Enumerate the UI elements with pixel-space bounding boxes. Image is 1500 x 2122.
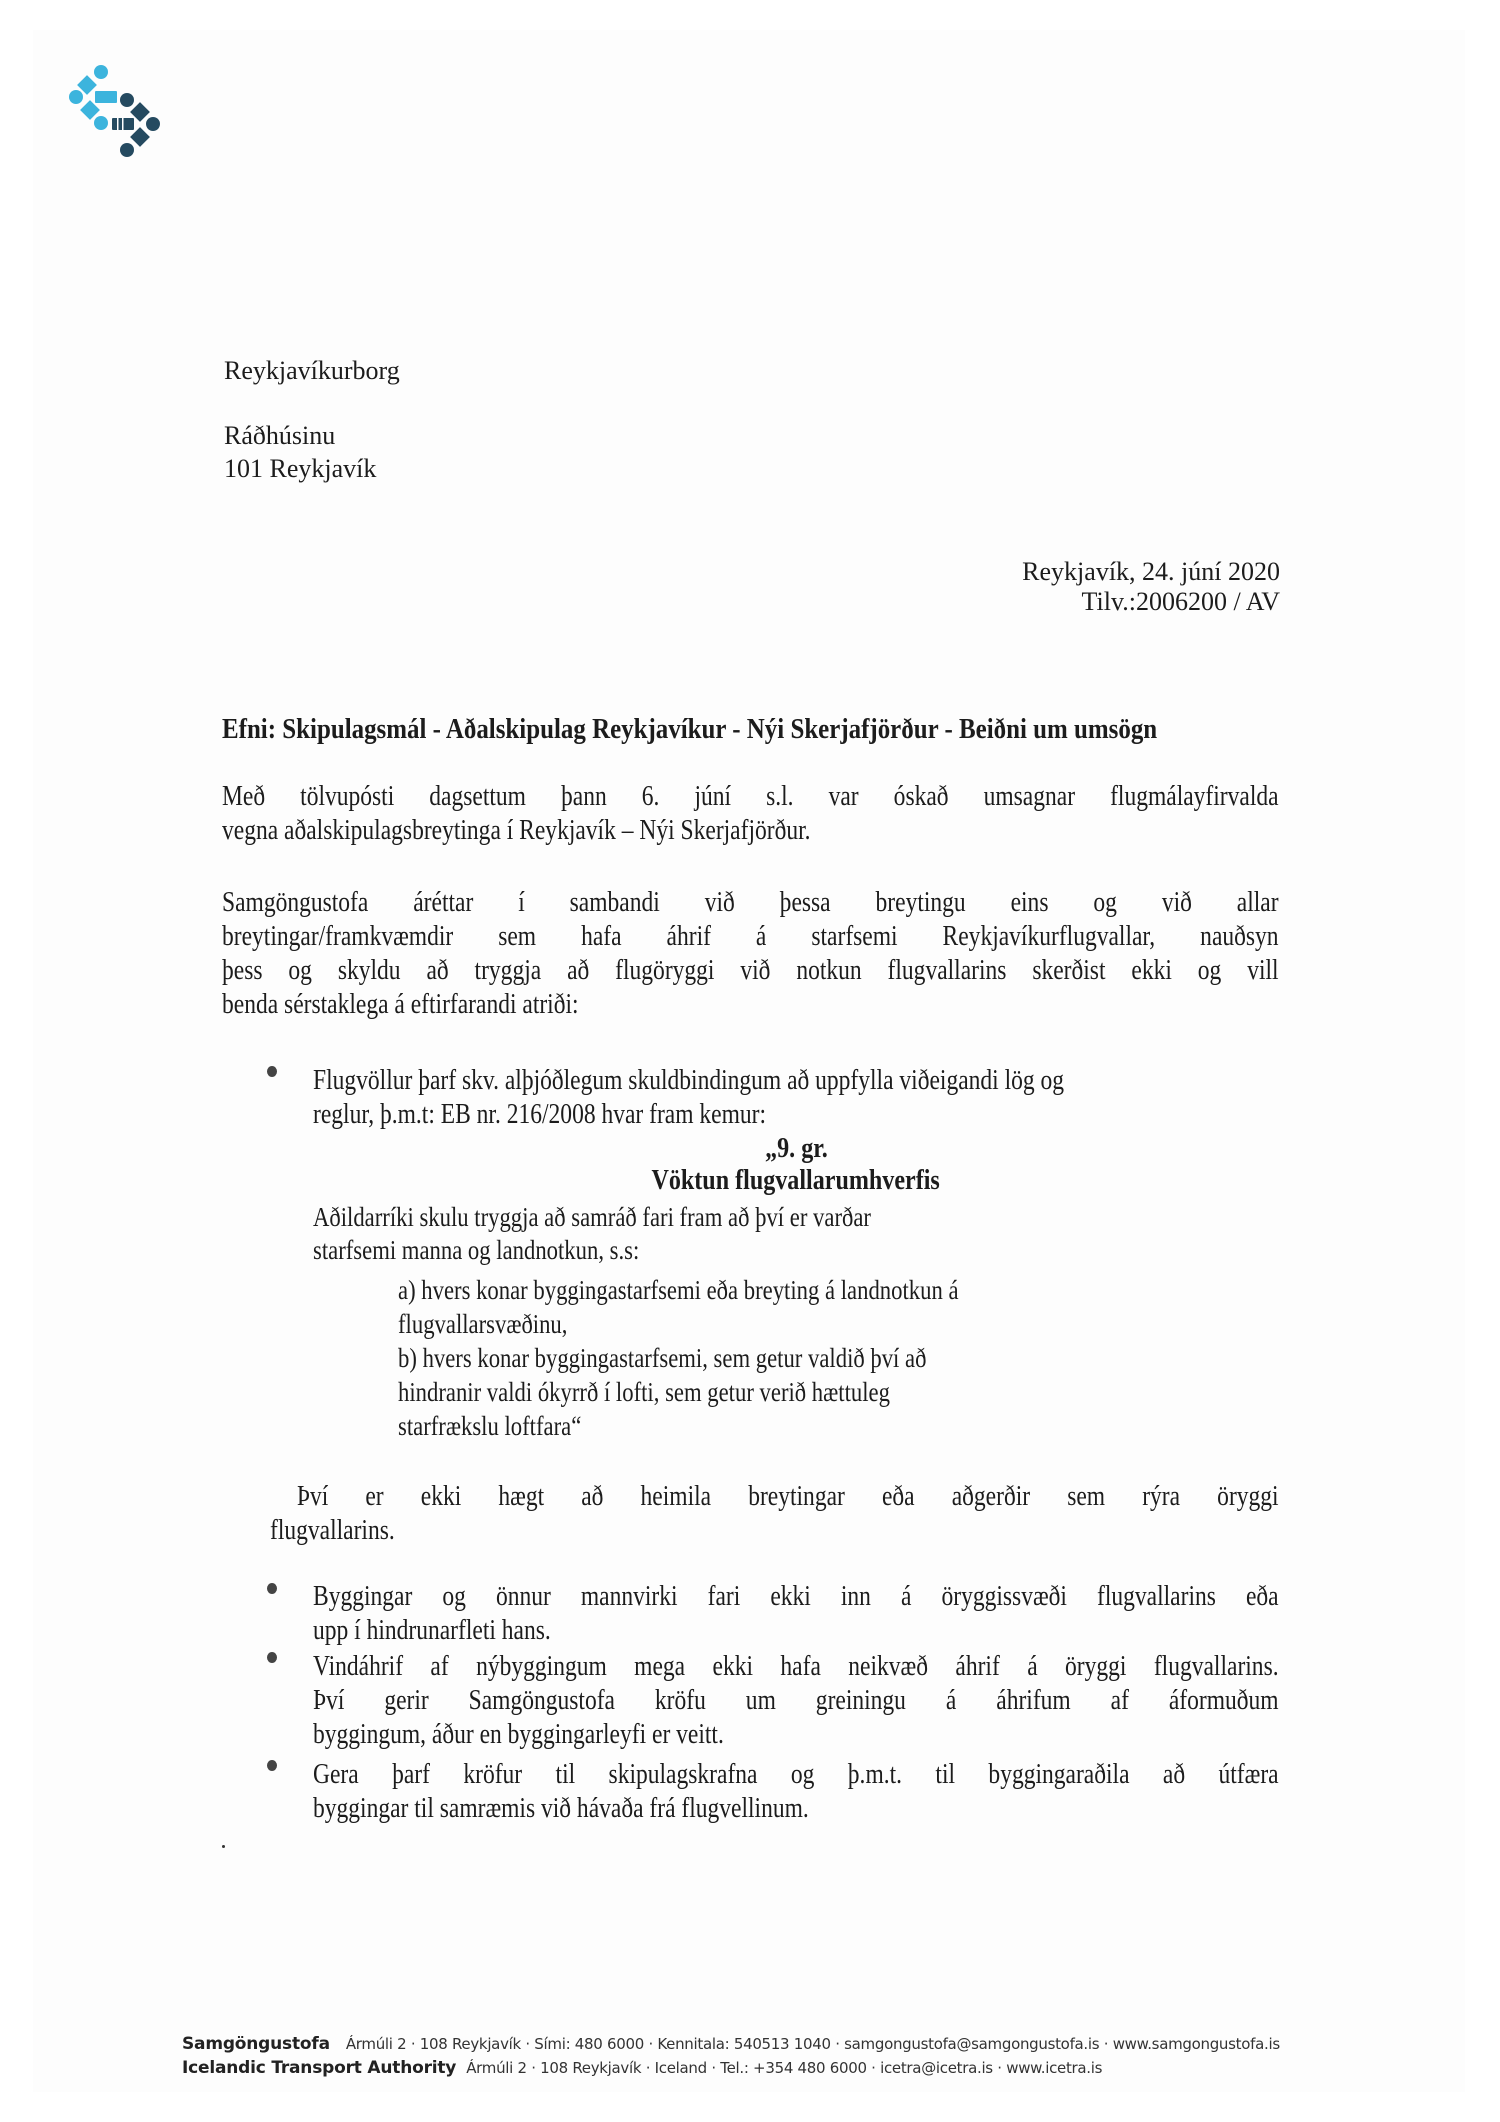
paragraph-intro: Með tölvupósti dagsettum þann 6. júní s.… <box>222 780 1279 848</box>
text-line: flugvallarsvæðinu, <box>398 1307 959 1341</box>
footer-line-is: SamgöngustofaÁrmúli 2 · 108 Reykjavík · … <box>182 2034 1280 2054</box>
text-line: Aðildarríki skulu tryggja að samráð fari… <box>313 1200 871 1233</box>
text-line: starfsemi manna og landnotkun, s.s: <box>313 1233 871 1266</box>
text-line: þess og skyldu að tryggja að flugöryggi … <box>222 954 1279 988</box>
subject-text: Efni: Skipulagsmál - Aðalskipulag Reykja… <box>222 713 1157 746</box>
text-line: upp í hindrunarfleti hans. <box>313 1614 1279 1648</box>
recipient-city: 101 Reykjavík <box>224 454 376 484</box>
footer-contact-info: Ármúli 2 · 108 Reykjavík · Iceland · Tel… <box>466 2059 1102 2077</box>
paragraph-concerns: Samgöngustofa áréttar í sambandi við þes… <box>222 886 1279 1022</box>
samgongustofa-logo-icon <box>60 60 170 170</box>
text-line: Samgöngustofa áréttar í sambandi við þes… <box>222 886 1279 920</box>
text-line: byggingar til samræmis við hávaða frá fl… <box>313 1792 1279 1826</box>
text-line: byggingum, áður en byggingarleyfi er vei… <box>313 1718 1279 1752</box>
bullet-item-regulations: Flugvöllur þarf skv. alþjóðlegum skuldbi… <box>313 1064 1279 1132</box>
paragraph-conclusion: Því er ekki hægt að heimila breytingar e… <box>270 1480 1279 1548</box>
quote-items: a) hvers konar byggingastarfsemi eða bre… <box>398 1273 1065 1443</box>
reference-number: Tilv.:2006200 / AV <box>1082 587 1280 617</box>
recipient-name: Reykjavíkurborg <box>224 356 400 386</box>
footer-contact-info: Ármúli 2 · 108 Reykjavík · Sími: 480 600… <box>346 2035 1280 2053</box>
text-line: reglur, þ.m.t: EB nr. 216/2008 hvar fram… <box>313 1098 1279 1132</box>
letter-subject: Efni: Skipulagsmál - Aðalskipulag Reykja… <box>222 713 1309 746</box>
footer-line-en: Icelandic Transport AuthorityÁrmúli 2 · … <box>182 2058 1102 2078</box>
bullet-item-wind: Vindáhrif af nýbyggingum mega ekki hafa … <box>313 1650 1279 1752</box>
bullet-icon <box>267 1066 277 1077</box>
footer-org-name: Samgöngustofa <box>182 2034 330 2054</box>
text-line: Með tölvupósti dagsettum þann 6. júní s.… <box>222 780 1279 814</box>
letter-date: Reykjavík, 24. júní 2020 <box>1022 557 1280 587</box>
text-line: benda sérstaklega á eftirfarandi atriði: <box>222 988 1279 1022</box>
scan-artifact <box>222 1845 225 1848</box>
bullet-icon <box>267 1652 277 1663</box>
text-line: Flugvöllur þarf skv. alþjóðlegum skuldbi… <box>313 1064 1279 1098</box>
text-line: hindranir valdi ókyrrð í lofti, sem getu… <box>398 1375 959 1409</box>
bullet-icon <box>267 1583 277 1594</box>
bullet-item-obstacles: Byggingar og önnur mannvirki fari ekki i… <box>313 1580 1279 1648</box>
recipient-building: Ráðhúsinu <box>224 421 335 451</box>
text-line: b) hvers konar byggingastarfsemi, sem ge… <box>398 1341 959 1375</box>
text-line: Gera þarf kröfur til skipulagskrafna og … <box>313 1758 1279 1792</box>
bullet-icon <box>267 1760 277 1771</box>
text-line: Því gerir Samgöngustofa kröfu um greinin… <box>313 1684 1279 1718</box>
quote-article: „9. gr. <box>313 1133 1279 1165</box>
text-line: Því er ekki hægt að heimila breytingar e… <box>270 1480 1279 1514</box>
text-line: a) hvers konar byggingastarfsemi eða bre… <box>398 1273 959 1307</box>
text-line: Vindáhrif af nýbyggingum mega ekki hafa … <box>313 1650 1279 1684</box>
text-line: Byggingar og önnur mannvirki fari ekki i… <box>313 1580 1279 1614</box>
quote-heading: Vöktun flugvallarumhverfis <box>313 1165 1279 1197</box>
text-line: breytingar/framkvæmdir sem hafa áhrif á … <box>222 920 1279 954</box>
bullet-item-noise: Gera þarf kröfur til skipulagskrafna og … <box>313 1758 1279 1826</box>
text-line: vegna aðalskipulagsbreytinga í Reykjavík… <box>222 814 1279 848</box>
text-line: flugvallarins. <box>270 1514 1279 1548</box>
quote-intro: Aðildarríki skulu tryggja að samráð fari… <box>313 1200 977 1266</box>
text-line: starfrækslu loftfara“ <box>398 1409 959 1443</box>
footer-org-name: Icelandic Transport Authority <box>182 2058 456 2078</box>
